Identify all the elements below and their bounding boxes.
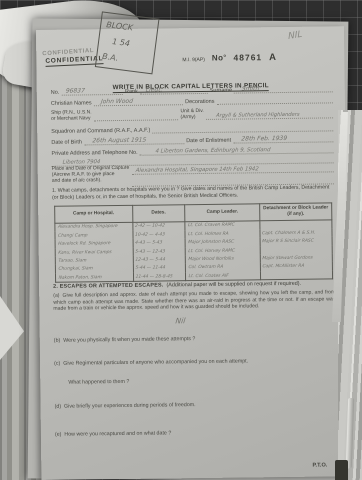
rank-field: Lieut. [140, 86, 208, 95]
unit-label: Unit & Div.(Army) [180, 108, 203, 120]
capture-field-lines: Alexandra Hospital, Singapore 14th Feb 1… [131, 164, 334, 186]
col-detachment-leader: Detachment or Block Leader (if any). [260, 203, 332, 220]
dob-label: Date of Birth [51, 139, 82, 146]
camps-table: Camp or Hospital. Dates. Camp Leader. De… [54, 202, 333, 283]
question-2b: (b) Were you physically fit when you mad… [54, 334, 336, 343]
surname-value: Smith [242, 85, 260, 92]
no-value: 96837 [66, 87, 86, 94]
mi9-reference: M.I. 9(AP) [182, 57, 205, 63]
dob-field: 26th August 1915 [84, 136, 184, 145]
squadron-label: Squadron and Command (R.A.F., A.A.F.) [51, 127, 150, 135]
form-serial-header: M.I. 9(AP) Noo 48761 A [182, 52, 276, 64]
stamp-line: B.A. [102, 51, 149, 66]
liberation-questionnaire-form: CONFIDENTIAL CONFIDENTIAL BLOCK 1 54 B.A… [36, 26, 349, 480]
dark-clip [335, 460, 348, 480]
table-cell [260, 270, 333, 280]
squadron-field [152, 123, 333, 133]
col-camp-leader: Camp Leader. [185, 204, 260, 221]
question-2c2: What happened to them ? [68, 376, 336, 385]
capture-label: Place and Date of Original Capture (Airc… [52, 165, 130, 184]
col-dates: Dates. [132, 205, 185, 222]
question-2c: (c) Give Regimental particulars of anyon… [54, 357, 336, 366]
unit-value: Argyll & Sutherland Highlanders [216, 112, 300, 119]
address-value: 4 Liberton Gardens, Edinburgh 9, Scotlan… [155, 147, 271, 154]
pto-footer: P.T.O. [312, 462, 327, 468]
rank-value: Lieut. [145, 86, 163, 93]
dob-value: 26th August 1915 [92, 137, 147, 145]
enlistment-value: 28th Feb. 1939 [241, 135, 288, 143]
series-letter: A [269, 52, 276, 63]
christian-names-field: John Wood [93, 97, 183, 106]
question-1-text: 1. What camps, detachments or hospitals … [52, 184, 334, 200]
camps-table-body: Alexandra Hosp. Singapore2-42 — 10-42Lt.… [55, 219, 333, 282]
enlistment-field: 28th Feb. 1939 [233, 134, 333, 143]
ship-field [94, 112, 179, 121]
surname-label: Surname [210, 87, 232, 94]
address-field: 4 Liberton Gardens, Edinburgh 9, Scotlan… [140, 145, 334, 155]
table-cell: 4-43 — 5-43 [132, 238, 186, 247]
no-label: No. [51, 89, 60, 95]
ship-label: Ship (R.N., U.S.N.or Merchant Navy [51, 109, 92, 121]
answer-nil: Nil [175, 316, 186, 325]
form-row-dates: Date of Birth 26th August 1915 Date of E… [51, 134, 333, 145]
christian-names-value: John Wood [100, 98, 133, 105]
decorations-label: Decorations [185, 99, 214, 106]
question-2d: (d) Give briefly your experiences during… [55, 400, 337, 409]
enlistment-label: Date of Enlistment [186, 137, 231, 144]
number-label: Noo [212, 53, 227, 63]
surname-field: Smith [234, 84, 333, 93]
table-cell: Nakom Paton, Siam [55, 273, 134, 283]
block-pencil-stamp: BLOCK 1 54 B.A. [95, 11, 160, 74]
address-label: Private Address and Telephone No. [51, 149, 137, 156]
form-row-squadron: Squadron and Command (R.A.F., A.A.F.) [51, 123, 333, 134]
no-field: 96837 [61, 87, 123, 96]
christian-names-label: Christian Names [51, 100, 92, 107]
question-2a: (a) Give full description and approx. da… [53, 289, 335, 312]
stamp-line: 1 54 [112, 37, 151, 51]
form-row-service: Ship (R.N., U.S.N.or Merchant Navy Unit … [51, 106, 333, 121]
table-cell: 11-44 — 28-8-45 [133, 272, 187, 282]
capture-field: Alexandra Hospital, Singapore 14th Feb 1… [131, 164, 334, 174]
question-2a-text: Give full description and approx. date o… [53, 289, 335, 311]
table-cell: Lt. Col. Coates AIF [185, 271, 261, 281]
rank-label: Rank [125, 88, 138, 94]
col-camp-or-hospital: Camp or Hospital. [55, 205, 133, 222]
pencil-annotation: NIL [288, 30, 303, 42]
form-row-names: Christian Names John Wood Decorations [51, 95, 333, 106]
serial-number: 48761 [233, 52, 262, 62]
unit-field: Argyll & Sutherland Highlanders [206, 110, 333, 120]
question-2e: (e) How were you recaptured and on what … [55, 428, 337, 437]
decorations-field [216, 95, 333, 104]
stamp-line: BLOCK [106, 20, 153, 35]
capture-value: Alexandra Hospital, Singapore 14th Feb 1… [135, 166, 259, 174]
